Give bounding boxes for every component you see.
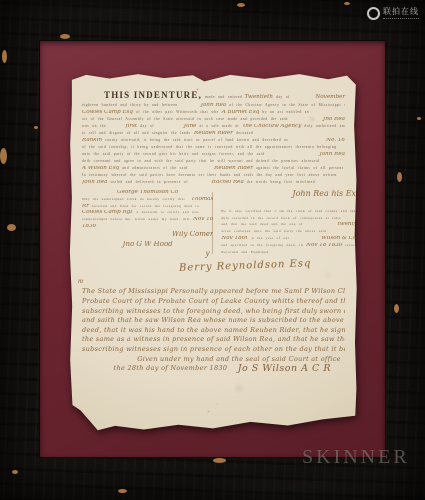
paper-stain bbox=[233, 382, 245, 394]
handwritten-text: No. 16 bbox=[326, 138, 345, 144]
ink-flourish: y bbox=[206, 248, 210, 258]
printed-text: in the year of our bbox=[251, 236, 319, 240]
printed-text: acknowledged before me. Given under my h… bbox=[82, 217, 190, 221]
printed-text: of the said township, it being understoo… bbox=[82, 145, 345, 149]
form-text-line: of the said township, it being understoo… bbox=[82, 145, 345, 152]
form-text-line: unto the said party of the second part h… bbox=[82, 152, 345, 159]
photo-platform-watermark: 联拍在线 bbox=[367, 7, 419, 20]
printed-text: county aforesaid, it being the said trac… bbox=[105, 138, 323, 142]
attestation-line: The State of Mississippi Personally appe… bbox=[82, 287, 345, 297]
logo-subtext-line bbox=[383, 18, 419, 19]
handwritten-text: November bbox=[315, 95, 345, 101]
frame-chip bbox=[344, 2, 350, 5]
form-text-line: act of the General Assembly of the State… bbox=[82, 117, 345, 124]
printed-form-body: eighteen hundred and thirty by and betwe… bbox=[82, 103, 345, 187]
handwritten-text: Thomas bbox=[191, 197, 213, 203]
printed-text: received and filed for record the forego… bbox=[92, 204, 213, 208]
printed-text: doth covenant and agree to and with the … bbox=[82, 159, 345, 163]
attestation-line: Probate Court of the Probate Court of Le… bbox=[82, 297, 345, 307]
printed-text: at a sale made at bbox=[199, 124, 240, 128]
handwritten-text: Cowles Camp Esq bbox=[82, 110, 133, 116]
printed-text: made and entered into this bbox=[205, 95, 241, 99]
handwritten-text: John Rea bbox=[82, 180, 107, 186]
skinner-watermark: SKINNER bbox=[302, 446, 410, 469]
frame-chip bbox=[394, 304, 399, 313]
handwritten-text: A Burnet Esq bbox=[222, 110, 260, 116]
left-clerk-block: George Thomason CoWhy the undersigned Cl… bbox=[82, 190, 213, 256]
printed-text: Why the undersigned Clerk do hereby cert… bbox=[82, 197, 188, 201]
paper-stain bbox=[196, 88, 199, 91]
attestation-line: deed, that it was his hand to the above … bbox=[82, 326, 345, 336]
clerk-text-line: Cowles Camp Rgtis herewith to certify an… bbox=[82, 210, 213, 217]
form-text-line: Cowles Camp Esqof the other part Witness… bbox=[82, 110, 345, 117]
printed-text: day of bbox=[276, 95, 312, 99]
printed-text: and that the said deed and the one of bbox=[221, 222, 334, 226]
handwritten-attestation: m The State of Mississippi Personally ap… bbox=[82, 287, 345, 373]
printed-text: In testimony whereof the said parties ha… bbox=[82, 173, 345, 177]
attestation-lines: The State of Mississippi Personally appe… bbox=[82, 287, 345, 354]
handwritten-text: the Choctaw Agency bbox=[243, 124, 301, 130]
printed-text: is herewith to certify and was bbox=[136, 210, 214, 214]
paper-stain bbox=[322, 270, 332, 280]
printed-text: to sell and dispose of all and singular … bbox=[82, 131, 191, 135]
handwritten-text: Reuben Rider bbox=[214, 166, 253, 172]
form-text-line: Rankincounty aforesaid, it being the sai… bbox=[82, 138, 345, 145]
printed-text: act of the General Assembly of the State… bbox=[82, 117, 320, 121]
printed-text: and administrators of the said bbox=[122, 166, 211, 170]
form-text-line: doth covenant and agree to and with the … bbox=[82, 159, 345, 166]
handwritten-text: John Rea bbox=[201, 103, 226, 109]
signature-middle: Berry Reynoldson Esq bbox=[179, 257, 345, 274]
printed-text: deceased bbox=[236, 131, 345, 135]
printed-text: against the lawful claims of all persons… bbox=[256, 166, 345, 170]
printed-text: eighteen hundred and thirty by and betwe… bbox=[82, 103, 198, 107]
handwritten-text: John Rea bbox=[320, 152, 345, 158]
handwritten-text: Jno Rea bbox=[323, 117, 345, 123]
auction-photo: THIS INDENTURE, made and entered into th… bbox=[0, 0, 425, 500]
handwritten-text: Jno G W Hood bbox=[123, 241, 173, 248]
frame-chip bbox=[60, 34, 70, 39]
frame-chip bbox=[7, 224, 16, 231]
handwritten-text: Wily Comer bbox=[172, 231, 213, 238]
attestation-line: and saith that he saw Wilson Rea whose n… bbox=[82, 316, 345, 326]
margin-mark: m bbox=[78, 277, 83, 285]
handwritten-text: Nov 18 1830 bbox=[306, 243, 342, 249]
form-text-line: to sell and dispose of all and singular … bbox=[82, 131, 345, 138]
form-text-line: John Reasealed and delivered in presence… bbox=[82, 180, 345, 187]
document-heading: THIS INDENTURE, made and entered into th… bbox=[104, 90, 345, 103]
frame-chip bbox=[34, 126, 38, 129]
printed-text: was on the bbox=[82, 124, 123, 128]
printed-text: the words being first interlined bbox=[247, 180, 345, 184]
clerk-text-line: Why the undersigned Clerk do hereby cert… bbox=[82, 197, 213, 204]
document-paper-wrap: THIS INDENTURE, made and entered into th… bbox=[69, 72, 357, 432]
clerk-text-line: George Thomason Co bbox=[82, 190, 213, 197]
certification-columns: George Thomason CoWhy the undersigned Cl… bbox=[82, 190, 345, 256]
printed-text: day of bbox=[140, 124, 181, 128]
handwritten-text: Cowles Camp Rgt bbox=[82, 210, 133, 216]
document-title: THIS INDENTURE, bbox=[104, 90, 202, 100]
paper-stain bbox=[207, 410, 210, 413]
handwritten-text: Twentieth bbox=[245, 95, 273, 101]
clerk-text-line: Rrreceived and filed for record the fore… bbox=[82, 204, 213, 211]
clerk-signature: Jo S Wilson A C R bbox=[82, 363, 331, 374]
frame-chip bbox=[397, 172, 402, 182]
handwritten-text: Nov 18th bbox=[221, 236, 247, 242]
printed-text: of the Choctaw Agency in the State of Mi… bbox=[229, 103, 345, 107]
form-text-line: was on thefirstday ofJuneat a sale made … bbox=[82, 124, 345, 131]
frame-chip bbox=[118, 489, 127, 493]
printed-text: of the other part Witnesseth that wherea… bbox=[136, 110, 219, 114]
attestation-line: subscribing witnesses to the foregoing d… bbox=[82, 307, 345, 317]
handwritten-text: Rachel Rea bbox=[212, 180, 244, 186]
frame-chip bbox=[12, 470, 18, 474]
paper-stain bbox=[127, 288, 141, 302]
handwritten-text: Reuben Rider bbox=[194, 131, 233, 137]
handwritten-text: first bbox=[126, 124, 138, 130]
logo-text-column: 联拍在线 bbox=[383, 8, 419, 19]
form-text-line: A Wilson Esqand administrators of the sa… bbox=[82, 166, 345, 173]
frame-chip bbox=[417, 117, 421, 120]
clerk-text-line: 1830 bbox=[82, 224, 213, 231]
frame-chip bbox=[213, 458, 226, 463]
form-text-line: In testimony whereof the said parties ha… bbox=[82, 173, 345, 180]
printed-text: duly authorized and empowered bbox=[304, 124, 345, 128]
attestation-line: the same as a witness in presence of sai… bbox=[82, 335, 345, 345]
handwritten-text: June bbox=[184, 124, 197, 130]
printed-text: sealed and delivered in presence of bbox=[110, 180, 208, 184]
handwritten-text: Rr bbox=[82, 204, 89, 210]
clerk-text-line: acknowledged before me. Given under my h… bbox=[82, 217, 213, 224]
paper-stain bbox=[216, 403, 218, 405]
handwritten-text: Nov 18 bbox=[193, 217, 213, 223]
handwritten-text: John Rea his Ex bbox=[292, 190, 356, 198]
logo-text: 联拍在线 bbox=[383, 8, 419, 16]
logo-ring-icon bbox=[367, 7, 380, 20]
frame-chip bbox=[0, 148, 7, 164]
handwritten-text: A Wilson Esq bbox=[82, 166, 119, 172]
clerk-text-line: Wily Comer bbox=[82, 231, 213, 241]
indenture-document: THIS INDENTURE, made and entered into th… bbox=[69, 72, 357, 432]
frame-chip bbox=[2, 50, 7, 63]
handwritten-text: Rankin bbox=[82, 138, 102, 144]
attestation-line: subscribing witnesses sign in presence o… bbox=[82, 345, 345, 355]
handwritten-text: George Thomason Co bbox=[117, 190, 178, 196]
handwritten-text: 1830 bbox=[82, 224, 96, 230]
clerk-text-line: Jno G W Hood bbox=[82, 241, 213, 251]
printed-text: by an act entitled an bbox=[262, 110, 345, 114]
form-text-line: eighteen hundred and thirty by and betwe… bbox=[82, 103, 345, 110]
printed-text: and specified in the foregoing deed, thi… bbox=[221, 243, 303, 247]
frame-chip bbox=[237, 3, 245, 7]
center-fold-crease bbox=[212, 192, 213, 254]
printed-text: unto the said party of the second part h… bbox=[82, 152, 317, 156]
handwritten-text: Wilson & Co bbox=[321, 236, 356, 242]
